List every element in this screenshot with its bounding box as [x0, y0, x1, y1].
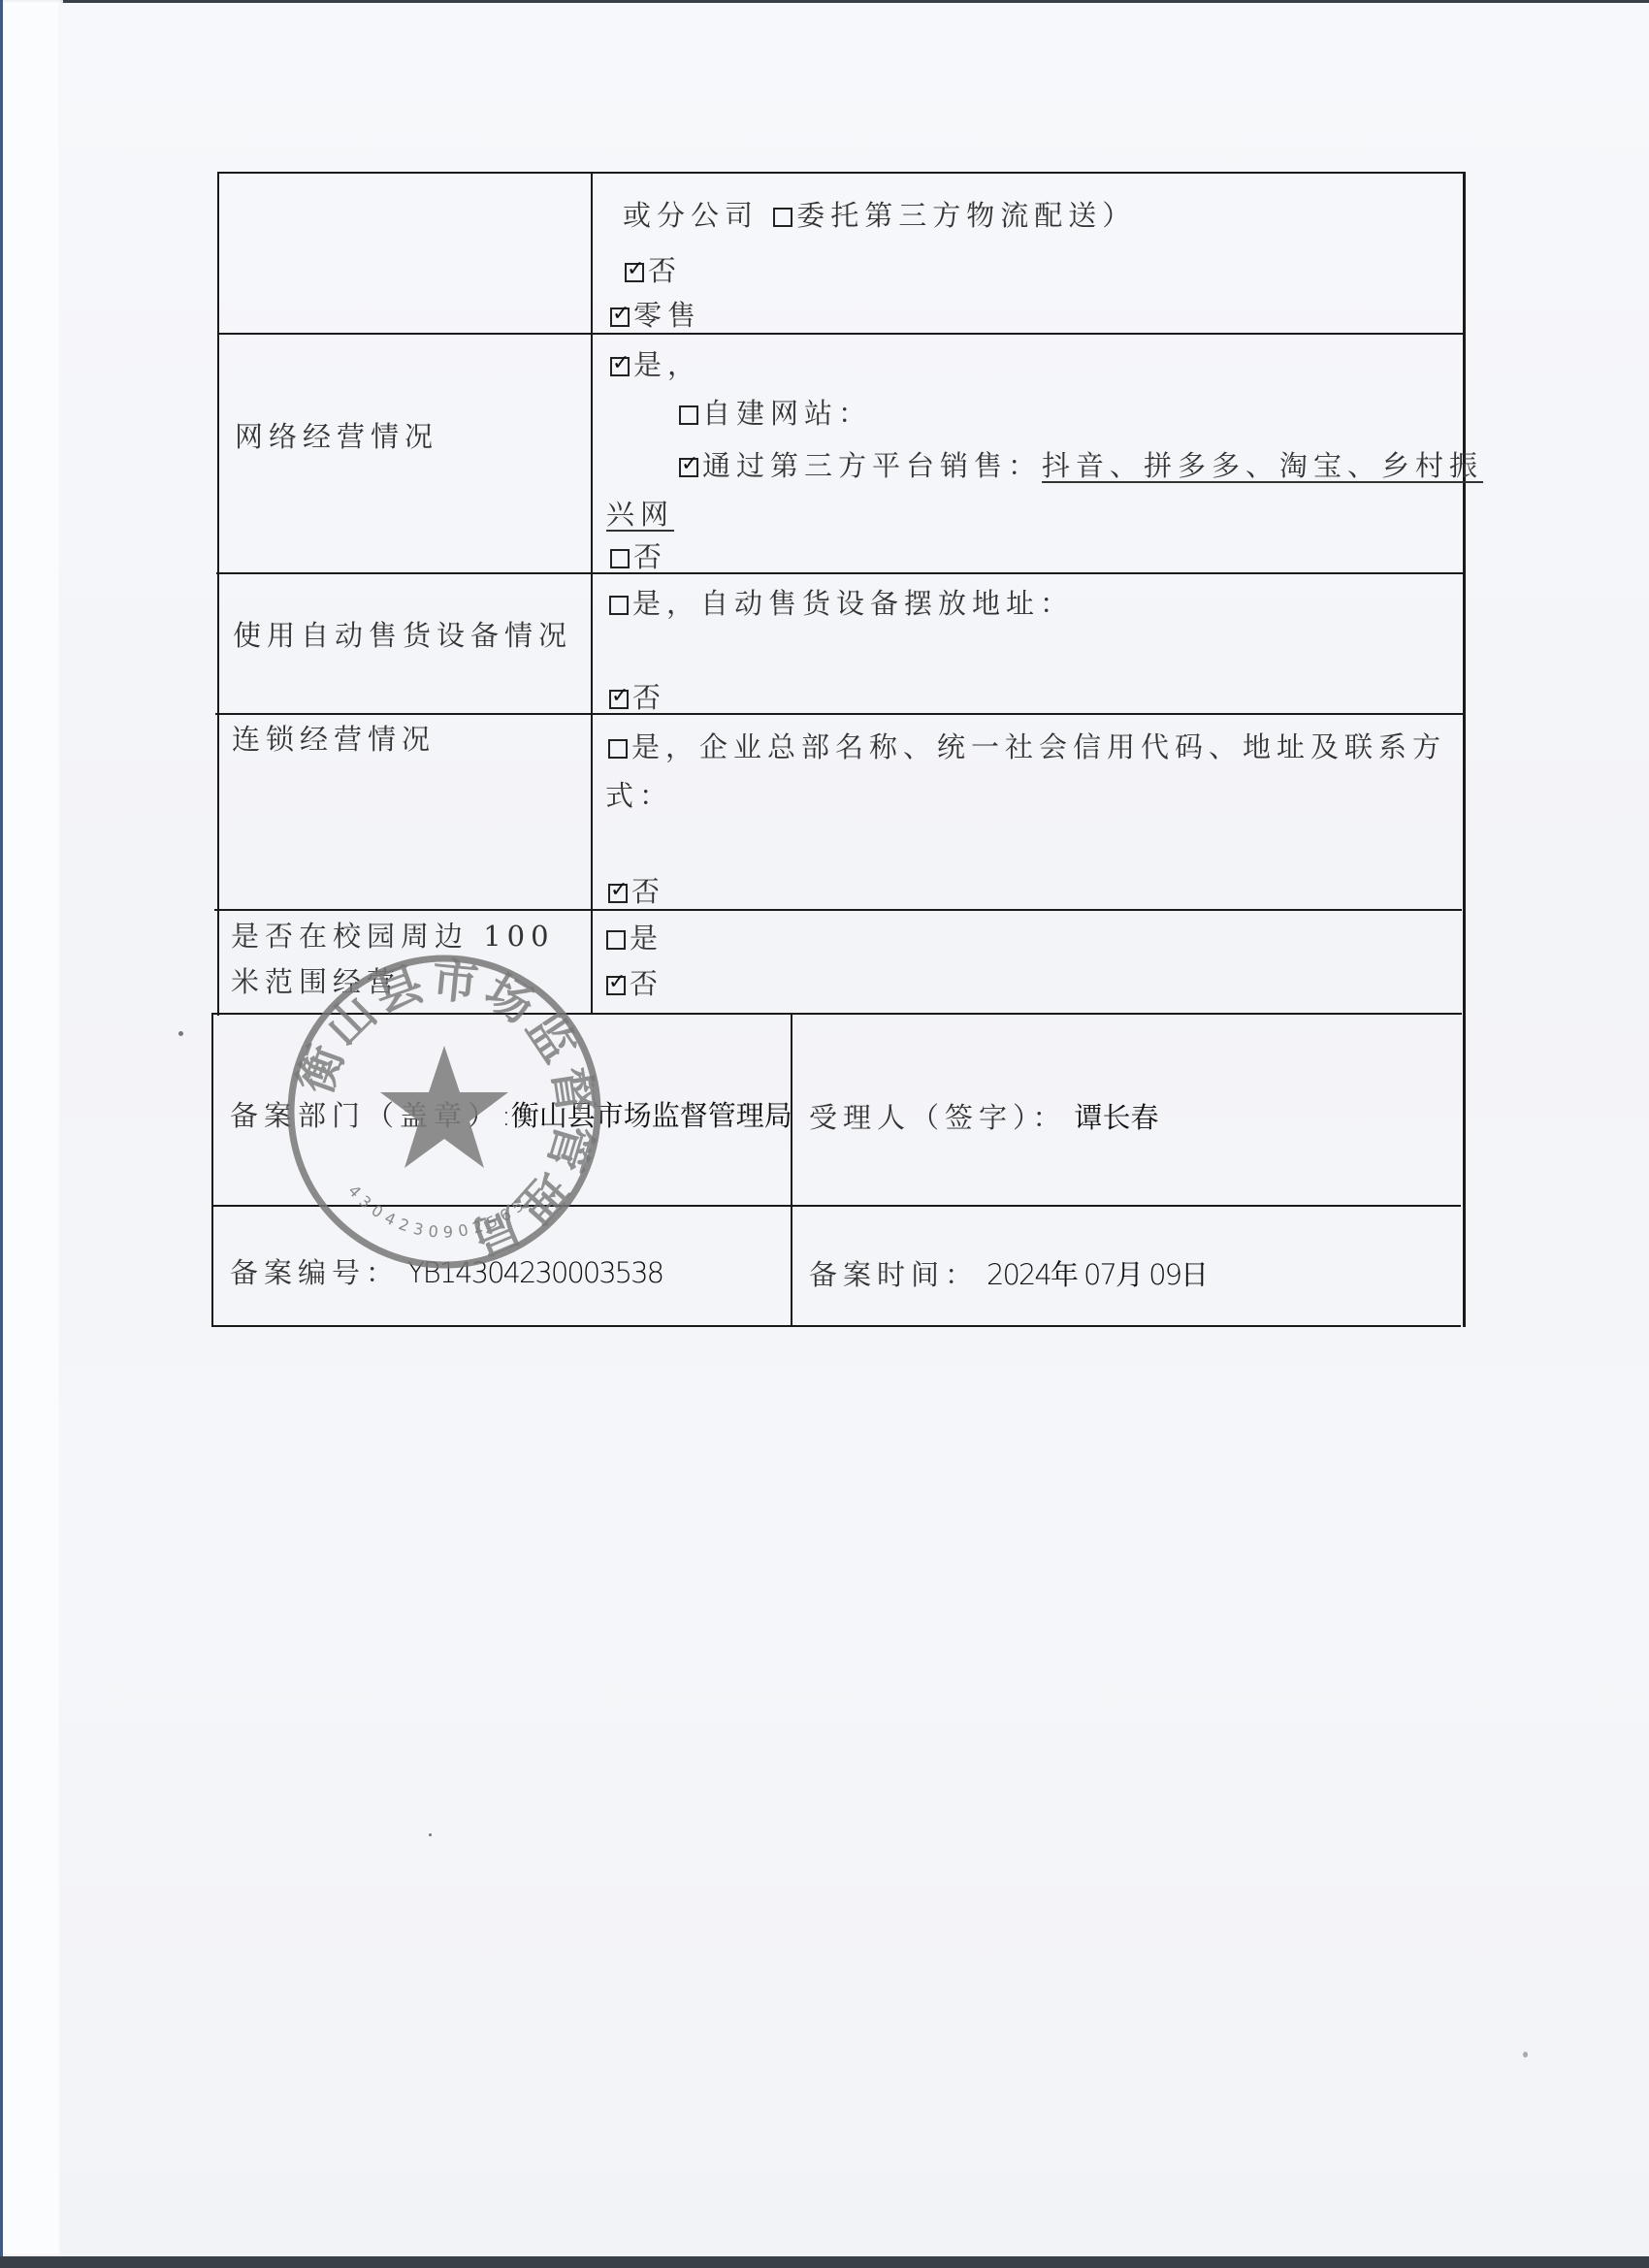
chain-yes-cont: 式： — [605, 774, 673, 814]
handler: 受理人（签字）：谭长春 — [809, 1096, 1159, 1136]
option-label: 否 — [648, 254, 682, 287]
online-third-party: 通过第三方平台销售：抖音、拼多多、淘宝、乡村振 — [679, 444, 1483, 484]
handler-signature: 谭长春 — [1075, 1101, 1159, 1134]
online-yes: 是， — [610, 343, 701, 383]
checkbox-online-no[interactable] — [610, 549, 630, 568]
campus-no: 否 — [606, 962, 663, 1002]
option-label: 通过第三方平台销售： — [702, 449, 1042, 482]
option-label: 自建网站： — [702, 397, 872, 430]
dept-value: :衡山县市场监督管理局 — [501, 1099, 792, 1132]
campus-yes: 是 — [606, 917, 663, 956]
record-time: 备案时间：2024年 07月 09日 — [809, 1253, 1207, 1293]
checkbox-vending-yes[interactable] — [609, 596, 629, 615]
handler-label: 受理人（签字）： — [809, 1101, 1067, 1134]
option-label: 是， — [633, 348, 701, 381]
option-label: 否 — [630, 967, 663, 1000]
record-time-label: 备案时间： — [809, 1258, 979, 1291]
option-label: 否 — [631, 875, 665, 908]
delivery-prefix: 或分公司 — [623, 199, 773, 232]
record-no: 备案编号：YB14304230003538 — [230, 1251, 663, 1291]
checkbox-own-website[interactable] — [679, 405, 698, 425]
online-no: 否 — [610, 535, 667, 575]
vending-no: 否 — [609, 676, 666, 716]
delivery-no: 否 — [625, 249, 682, 289]
label-online-business: 网络经营情况 — [235, 415, 438, 455]
label-vending: 使用自动售货设备情况 — [233, 614, 572, 654]
option-third-party-logistics: 委托第三方物流配送） — [796, 199, 1136, 232]
checkbox-chain-yes[interactable] — [608, 739, 628, 759]
checkbox-delivery-no[interactable] — [625, 263, 644, 282]
checkbox-retail[interactable] — [610, 308, 630, 327]
platform-list-cont: 兴网 — [606, 493, 674, 533]
record-no-label: 备案编号： — [230, 1256, 400, 1289]
option-label: 是，企业总部名称、统一社会信用代码、地址及联系方 — [631, 730, 1446, 763]
checkbox-vending-no[interactable] — [609, 690, 629, 709]
delivery-line-1: 或分公司 委托第三方物流配送） — [623, 194, 1136, 234]
dept-label: 备案部门（盖章）:衡山县市场监督管理局 — [230, 1094, 792, 1134]
option-label: 是，自动售货设备摆放地址： — [632, 587, 1074, 620]
retail: 零售 — [610, 294, 701, 334]
chain-no: 否 — [608, 870, 665, 910]
dept-label-text: 备案部门（盖章） — [230, 1099, 501, 1132]
option-label: 否 — [633, 540, 667, 573]
checkbox-online-yes[interactable] — [610, 357, 630, 376]
scanner-edge — [0, 0, 63, 2256]
chain-yes: 是，企业总部名称、统一社会信用代码、地址及联系方 — [608, 726, 1446, 765]
scan-speck — [178, 1031, 183, 1036]
checkbox-third-party-logistics[interactable] — [773, 208, 792, 227]
label-chain: 连锁经营情况 — [232, 718, 436, 758]
scan-speck — [429, 1833, 432, 1836]
checkbox-third-party-platform[interactable] — [679, 458, 698, 477]
online-own-site: 自建网站： — [679, 392, 872, 432]
record-no-value: YB14304230003538 — [407, 1256, 663, 1289]
checkbox-chain-no[interactable] — [608, 884, 628, 903]
label-campus: 是否在校园周边 100 — [231, 915, 555, 955]
platform-list: 抖音、拼多多、淘宝、乡村振 — [1042, 449, 1483, 482]
checkbox-campus-no[interactable] — [606, 976, 626, 995]
label-campus-cont: 米范围经营 — [231, 960, 401, 1000]
vending-yes: 是，自动售货设备摆放地址： — [609, 582, 1074, 622]
checkbox-campus-yes[interactable] — [606, 930, 626, 950]
option-label: 否 — [632, 681, 666, 714]
scan-speck — [1523, 2052, 1528, 2057]
option-label: 是 — [630, 922, 663, 955]
record-time-value: 2024年 07月 09日 — [986, 1258, 1207, 1291]
option-label: 零售 — [633, 299, 701, 332]
